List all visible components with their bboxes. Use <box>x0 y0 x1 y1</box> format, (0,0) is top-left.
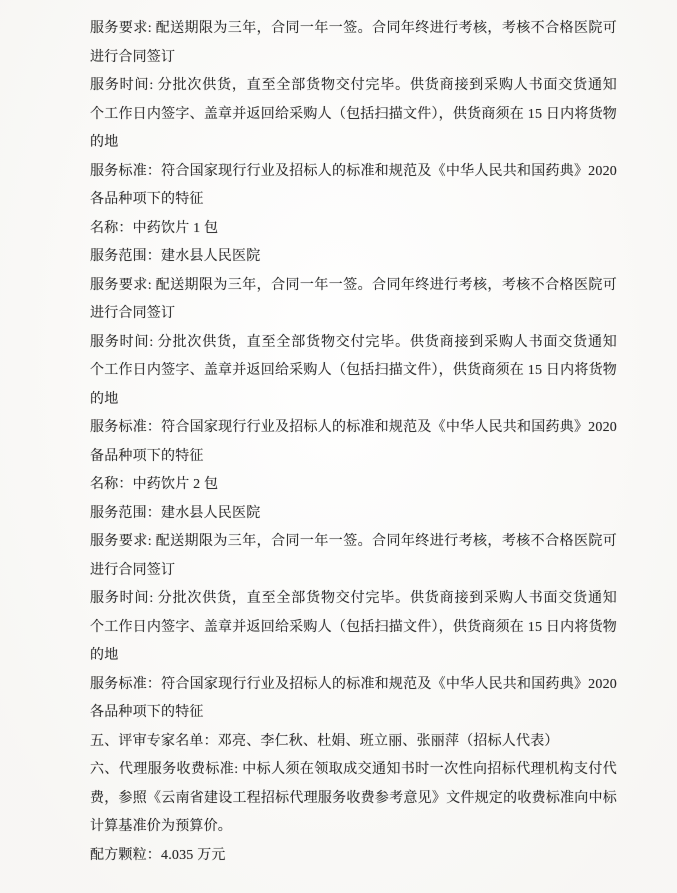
text-line: 服务标准：符合国家现行行业及招标人的标准和规范及《中华人民共和国药典》2020 … <box>90 158 617 187</box>
text-line: 个工作日内签字、盖章并返回给采购人（包括扫描文件），供货商须在 15 日内将货物… <box>90 357 617 386</box>
document-body: 服务要求: 配送期限为三年，合同一年一签。合同年终进行考核，考核不合格医院可不继… <box>90 15 617 870</box>
text-line: 六、代理服务收费标准: 中标人须在领取成交通知书时一次性向招标代理机构支付代理服… <box>90 756 617 785</box>
text-line: 备品种项下的特征 <box>90 443 617 472</box>
text-line: 配方颗粒：4.035 万元 <box>90 842 617 871</box>
text-line: 各品种项下的特征 <box>90 186 617 215</box>
text-line: 进行合同签订 <box>90 300 617 329</box>
text-line: 各品种项下的特征 <box>90 699 617 728</box>
text-line: 个工作日内签字、盖章并返回给采购人（包括扫描文件），供货商须在 15 日内将货物… <box>90 614 617 643</box>
text-line: 五、评审专家名单：邓亮、李仁秋、杜娟、班立丽、张丽萍（招标人代表） <box>90 728 617 757</box>
text-line: 服务时间: 分批次供货，直至全部货物交付完毕。供货商接到采购人书面交货通知后，须… <box>90 585 617 614</box>
text-line: 的地 <box>90 386 617 415</box>
text-line: 服务要求: 配送期限为三年，合同一年一签。合同年终进行考核，考核不合格医院可不继… <box>90 15 617 44</box>
text-line: 服务要求: 配送期限为三年，合同一年一签。合同年终进行考核，考核不合格医院可不继… <box>90 272 617 301</box>
text-line: 费，参照《云南省建设工程招标代理服务收费参考意见》文件规定的收费标准向中标人收取… <box>90 785 617 814</box>
text-line: 的地 <box>90 642 617 671</box>
text-line: 服务要求: 配送期限为三年，合同一年一签。合同年终进行考核，考核不合格医院可不继… <box>90 528 617 557</box>
text-line: 服务范围：建水县人民医院 <box>90 243 617 272</box>
text-line: 的地 <box>90 129 617 158</box>
document-page: 服务要求: 配送期限为三年，合同一年一签。合同年终进行考核，考核不合格医院可不继… <box>0 0 677 893</box>
text-line: 服务标准：符合国家现行行业及招标人的标准和规范及《中华人民共和国药典》2020 … <box>90 671 617 700</box>
text-line: 名称：中药饮片 1 包 <box>90 215 617 244</box>
text-line: 服务范围：建水县人民医院 <box>90 500 617 529</box>
text-line: 进行合同签订 <box>90 557 617 586</box>
text-line: 名称：中药饮片 2 包 <box>90 471 617 500</box>
text-line: 服务时间: 分批次供货，直至全部货物交付完毕。供货商接到采购人书面交货通知后，须… <box>90 72 617 101</box>
text-line: 服务时间: 分批次供货，直至全部货物交付完毕。供货商接到采购人书面交货通知后，须… <box>90 329 617 358</box>
text-line: 服务标准：符合国家现行行业及招标人的标准和规范及《中华人民共和国药典》2020 … <box>90 414 617 443</box>
text-line: 个工作日内签字、盖章并返回给采购人（包括扫描文件），供货商须在 15 日内将货物… <box>90 101 617 130</box>
text-line: 进行合同签订 <box>90 44 617 73</box>
text-line: 计算基准价为预算价。 <box>90 813 617 842</box>
